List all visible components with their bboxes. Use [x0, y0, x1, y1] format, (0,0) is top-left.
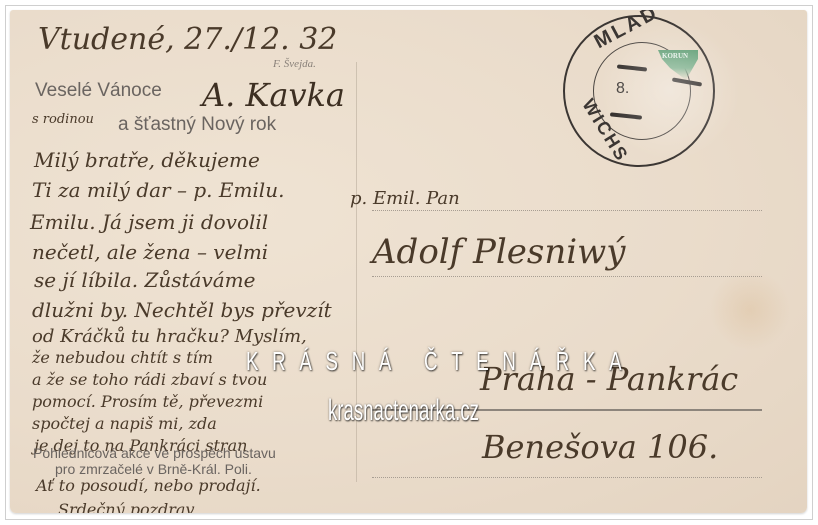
printed-footer-line1: Pohlednicová akce ve prospěch ústavu — [33, 445, 276, 461]
handwritten-signature: A. Kavka — [202, 76, 345, 114]
message-line: od Kráčků tu hračku? Myslím, — [32, 326, 307, 347]
printed-greeting-line1: Veselé Vánoce — [35, 80, 162, 102]
message-line: dlužni by. Nechtěl bys převzít — [32, 298, 332, 322]
address-name: Adolf Plesniwý — [372, 232, 625, 272]
address-street: Benešova 106. — [482, 428, 718, 466]
message-line: Milý bratře, děkujeme — [34, 148, 260, 172]
watermark-url: krasnactenarka.cz — [328, 394, 479, 428]
postmark-date: 8. — [616, 80, 629, 98]
message-line: Emilu. Já jsem ji dovolil — [30, 210, 268, 234]
message-line: že nebudou chtít s tím — [32, 348, 213, 367]
handwritten-date: Vtudené, 27./12. 32 — [38, 22, 337, 57]
address-prefix: p. Emil. Pan — [350, 188, 460, 209]
printed-footer-line2: pro zmrzačelé v Brně-Král. Poli. — [55, 461, 252, 477]
message-line: Ti za milý dar – p. Emilu. — [32, 178, 284, 202]
message-line: a že se toho rádi zbaví s tvou — [32, 370, 267, 389]
publisher-credit: F. Švejda. — [273, 58, 316, 70]
watermark-title: KRÁSNÁ ČTENÁŘKA — [246, 346, 635, 377]
message-line: nečetl, ale žena – velmi — [32, 240, 268, 264]
postage-stamp-text: KORUN — [662, 52, 688, 60]
message-line: pomocí. Prosím tě, převezmi — [32, 392, 263, 411]
message-line: Ať to posoudí, nebo prodají. — [36, 476, 261, 495]
address-line — [372, 477, 762, 478]
message-line: Srdečný pozdrav — [58, 500, 194, 513]
postcard: Vtudené, 27./12. 32 F. Švejda. Veselé Vá… — [10, 10, 807, 513]
address-line — [372, 210, 762, 211]
address-line — [372, 276, 762, 277]
message-line: spočtej a napiš mi, zda — [32, 414, 217, 433]
handwritten-signature-suffix: s rodinou — [32, 112, 94, 127]
message-line: se jí líbila. Zůstáváme — [34, 268, 255, 292]
printed-greeting-line2: a šťastný Nový rok — [118, 114, 276, 136]
